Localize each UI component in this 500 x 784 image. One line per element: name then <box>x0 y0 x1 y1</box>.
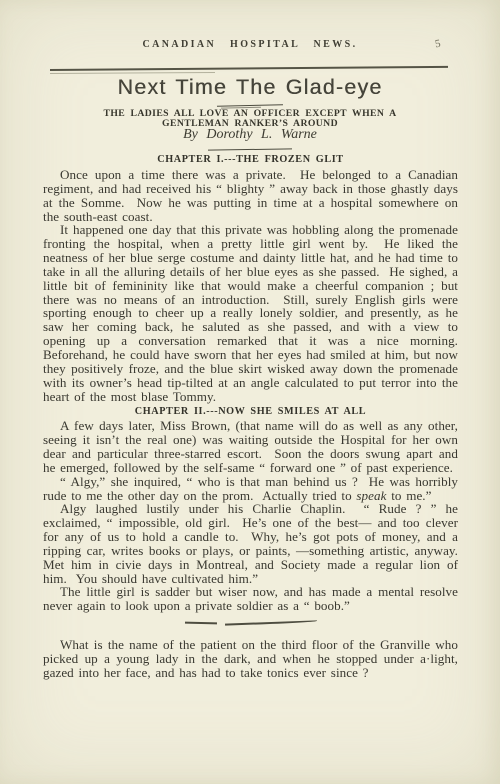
paragraph: Algy laughed lustily under his Charlie C… <box>43 502 458 585</box>
paragraph: It happened one day that this private wa… <box>43 223 458 403</box>
chapter-1-heading: CHAPTER I.---THE FROZEN GLIT <box>43 154 458 165</box>
paragraph-with-italic: “ Algy,” she inquired, “ who is that man… <box>43 475 458 503</box>
header-rule-shadow <box>50 71 215 73</box>
page-number: 5 <box>434 38 441 51</box>
article-body: CHAPTER I.---THE FROZEN GLIT Once upon a… <box>43 154 458 680</box>
dialogue-text: to me.” <box>386 488 431 503</box>
paragraph: The little girl is sadder but wiser now,… <box>43 585 458 613</box>
byline-divider <box>208 148 292 150</box>
divider-segment <box>225 621 317 626</box>
article-title: Next Time The Glad-eye <box>0 75 500 100</box>
closing-question: What is the name of the patient on the t… <box>43 638 458 680</box>
scanned-newspaper-page: CANADIAN HOSPITAL NEWS. 5 Next Time The … <box>0 0 500 784</box>
chapter-2-heading: CHAPTER II.---NOW SHE SMILES AT ALL <box>43 406 458 417</box>
italic-word: speak <box>356 488 386 503</box>
paragraph: Once upon a time there was a private. He… <box>43 168 458 223</box>
newspaper-masthead: CANADIAN HOSPITAL NEWS. <box>0 39 500 50</box>
header-rule <box>50 66 448 71</box>
paragraph: A few days later, Miss Brown, (that name… <box>43 419 458 474</box>
byline: By Dorothy L. Warne <box>0 127 500 143</box>
article-subtitle: THE LADIES ALL LOVE AN OFFICER EXCEPT WH… <box>0 109 500 129</box>
divider-segment <box>184 622 216 624</box>
section-divider <box>43 621 458 625</box>
